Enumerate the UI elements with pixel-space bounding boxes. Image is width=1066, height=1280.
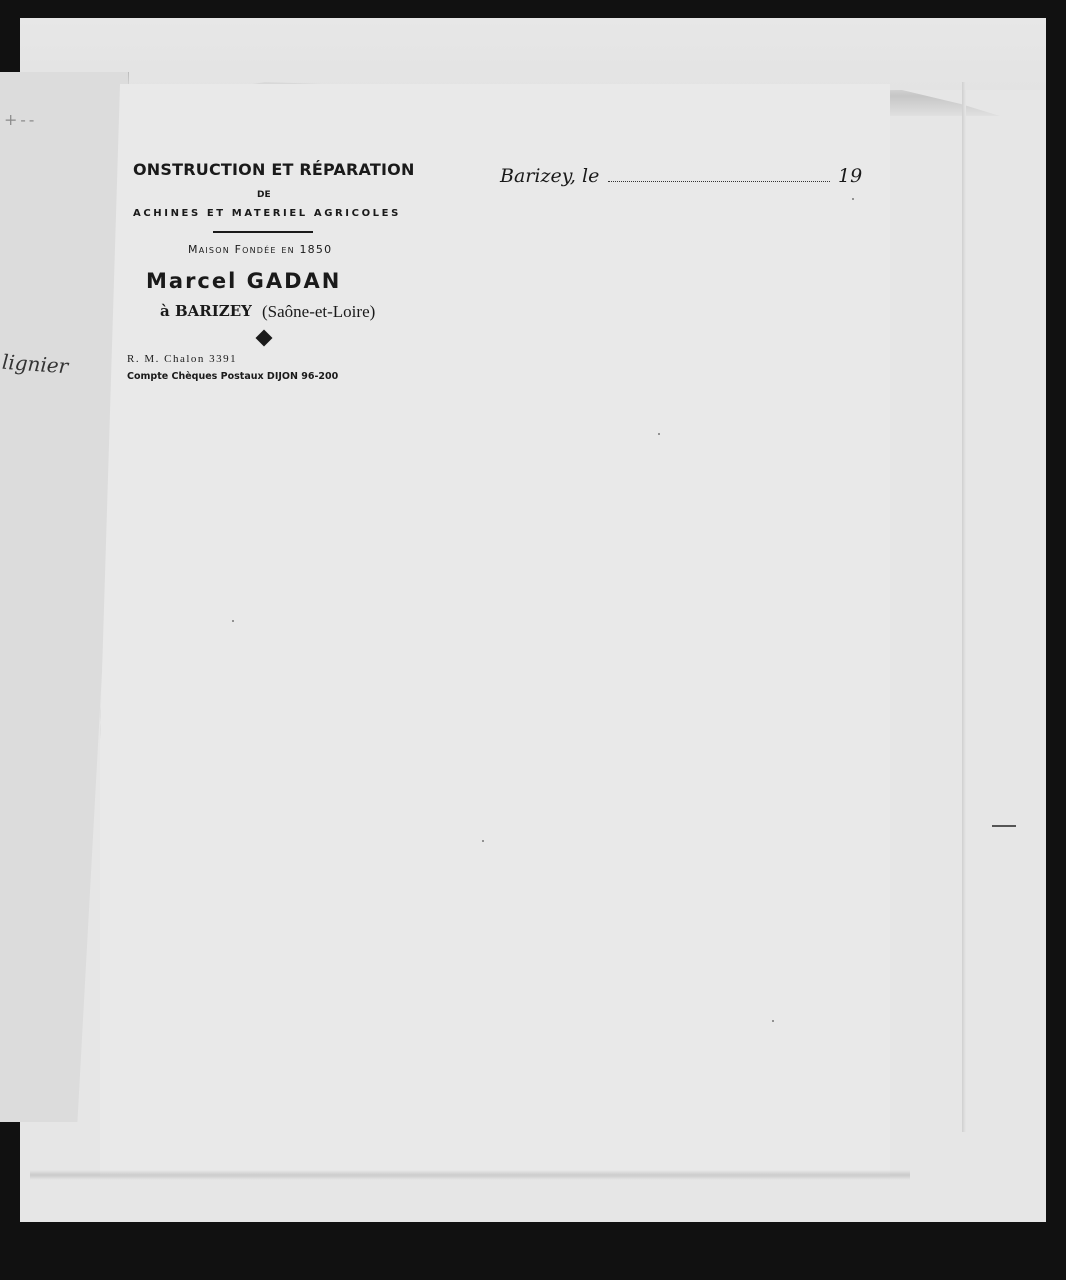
letterhead-de: DE bbox=[257, 190, 271, 200]
letterhead-trade-line: ONSTRUCTION ET RÉPARATION bbox=[133, 160, 415, 179]
letterhead-machines-line: ACHINES ET MATERIEL AGRICOLES bbox=[133, 208, 401, 219]
date-dotted-blank bbox=[608, 181, 830, 182]
paper-speck bbox=[232, 620, 234, 622]
letterhead-founded: Maison Fondée en 1850 bbox=[188, 243, 332, 256]
paper-speck bbox=[852, 198, 854, 200]
postal-account: Compte Chèques Postaux DIJON 96-200 bbox=[127, 371, 338, 382]
date-year-prefix: 19 bbox=[838, 165, 862, 187]
date-line: Barizey, le 19 bbox=[500, 165, 599, 187]
pencil-mark: +-- bbox=[4, 110, 37, 129]
paper-speck bbox=[772, 1020, 774, 1022]
registry-number: R. M. Chalon 3391 bbox=[127, 353, 237, 365]
letterhead-divider bbox=[213, 231, 313, 233]
paper-speck bbox=[658, 433, 660, 435]
paper-speck bbox=[482, 840, 484, 842]
company-region: (Saône-et-Loire) bbox=[262, 302, 375, 322]
bottom-fold-shadow bbox=[30, 1170, 910, 1180]
handwritten-fragment: lignier bbox=[1, 350, 69, 379]
right-sheet-edge bbox=[962, 82, 966, 1132]
company-city: à BARIZEY bbox=[160, 302, 252, 320]
margin-tick-mark bbox=[992, 825, 1016, 827]
company-name: Marcel GADAN bbox=[146, 269, 341, 293]
date-place: Barizey, le bbox=[500, 165, 599, 187]
